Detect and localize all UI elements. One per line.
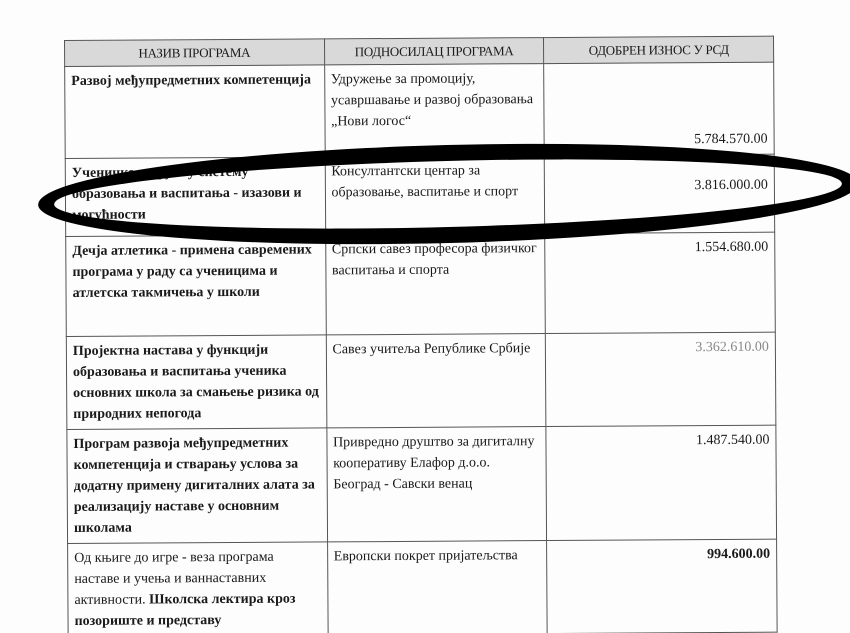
applicant: Удружење за промоцију, усавршавање и раз…	[324, 64, 544, 157]
table-row: Од књиге до игре - веза програма наставе…	[68, 539, 778, 633]
applicant: Српски савез професора физичког васпитањ…	[325, 234, 545, 335]
approved-amount: 994.600.00	[547, 539, 777, 633]
header-approved-amount: ОДОБРЕН ИЗНОС У РСД	[544, 36, 774, 63]
grants-table: НАЗИВ ПРОГРАМА ПОДНОСИЛАЦ ПРОГРАМА ОДОБР…	[64, 36, 778, 633]
table-row: Развој међупредметних компетенција Удруж…	[65, 62, 775, 158]
program-name: Пројектна настава у функцији образовања …	[66, 335, 326, 430]
table-row: Програм развоја међупредметних компетенц…	[67, 425, 777, 543]
applicant: Европски покрет пријатељства	[327, 541, 547, 633]
program-name: Ученичке задруге у систему образовања и …	[65, 157, 325, 237]
approved-amount: 3.362.610.00	[546, 332, 776, 426]
approved-amount: 1.487.540.00	[546, 425, 776, 540]
header-applicant: ПОДНОСИЛАЦ ПРОГРАМА	[324, 38, 544, 65]
applicant: Консултантски центар за образовање, васп…	[325, 156, 545, 235]
approved-amount: 3.816.000.00	[545, 154, 775, 233]
program-name: Развој међупредметних компетенција	[65, 65, 325, 159]
program-name: Програм развоја међупредметних компетенц…	[67, 428, 327, 544]
approved-amount: 5.784.570.00	[544, 62, 774, 155]
applicant: Привредно друштво за дигиталну кооперати…	[326, 427, 547, 542]
table-row-highlighted: Ученичке задруге у систему образовања и …	[65, 154, 774, 236]
approved-amount: 1.554.680.00	[545, 232, 775, 333]
header-program-name: НАЗИВ ПРОГРАМА	[65, 39, 325, 67]
table-row: Пројектна настава у функцији образовања …	[66, 332, 776, 429]
program-name: Од књиге до игре - веза програма наставе…	[68, 542, 328, 633]
applicant: Савез учитеља Републике Србије	[326, 334, 546, 428]
scanned-document: НАЗИВ ПРОГРАМА ПОДНОСИЛАЦ ПРОГРАМА ОДОБР…	[0, 0, 850, 633]
program-name: Дечја атлетика - примена савремених прог…	[66, 235, 326, 337]
table-row: Дечја атлетика - примена савремених прог…	[66, 232, 776, 336]
